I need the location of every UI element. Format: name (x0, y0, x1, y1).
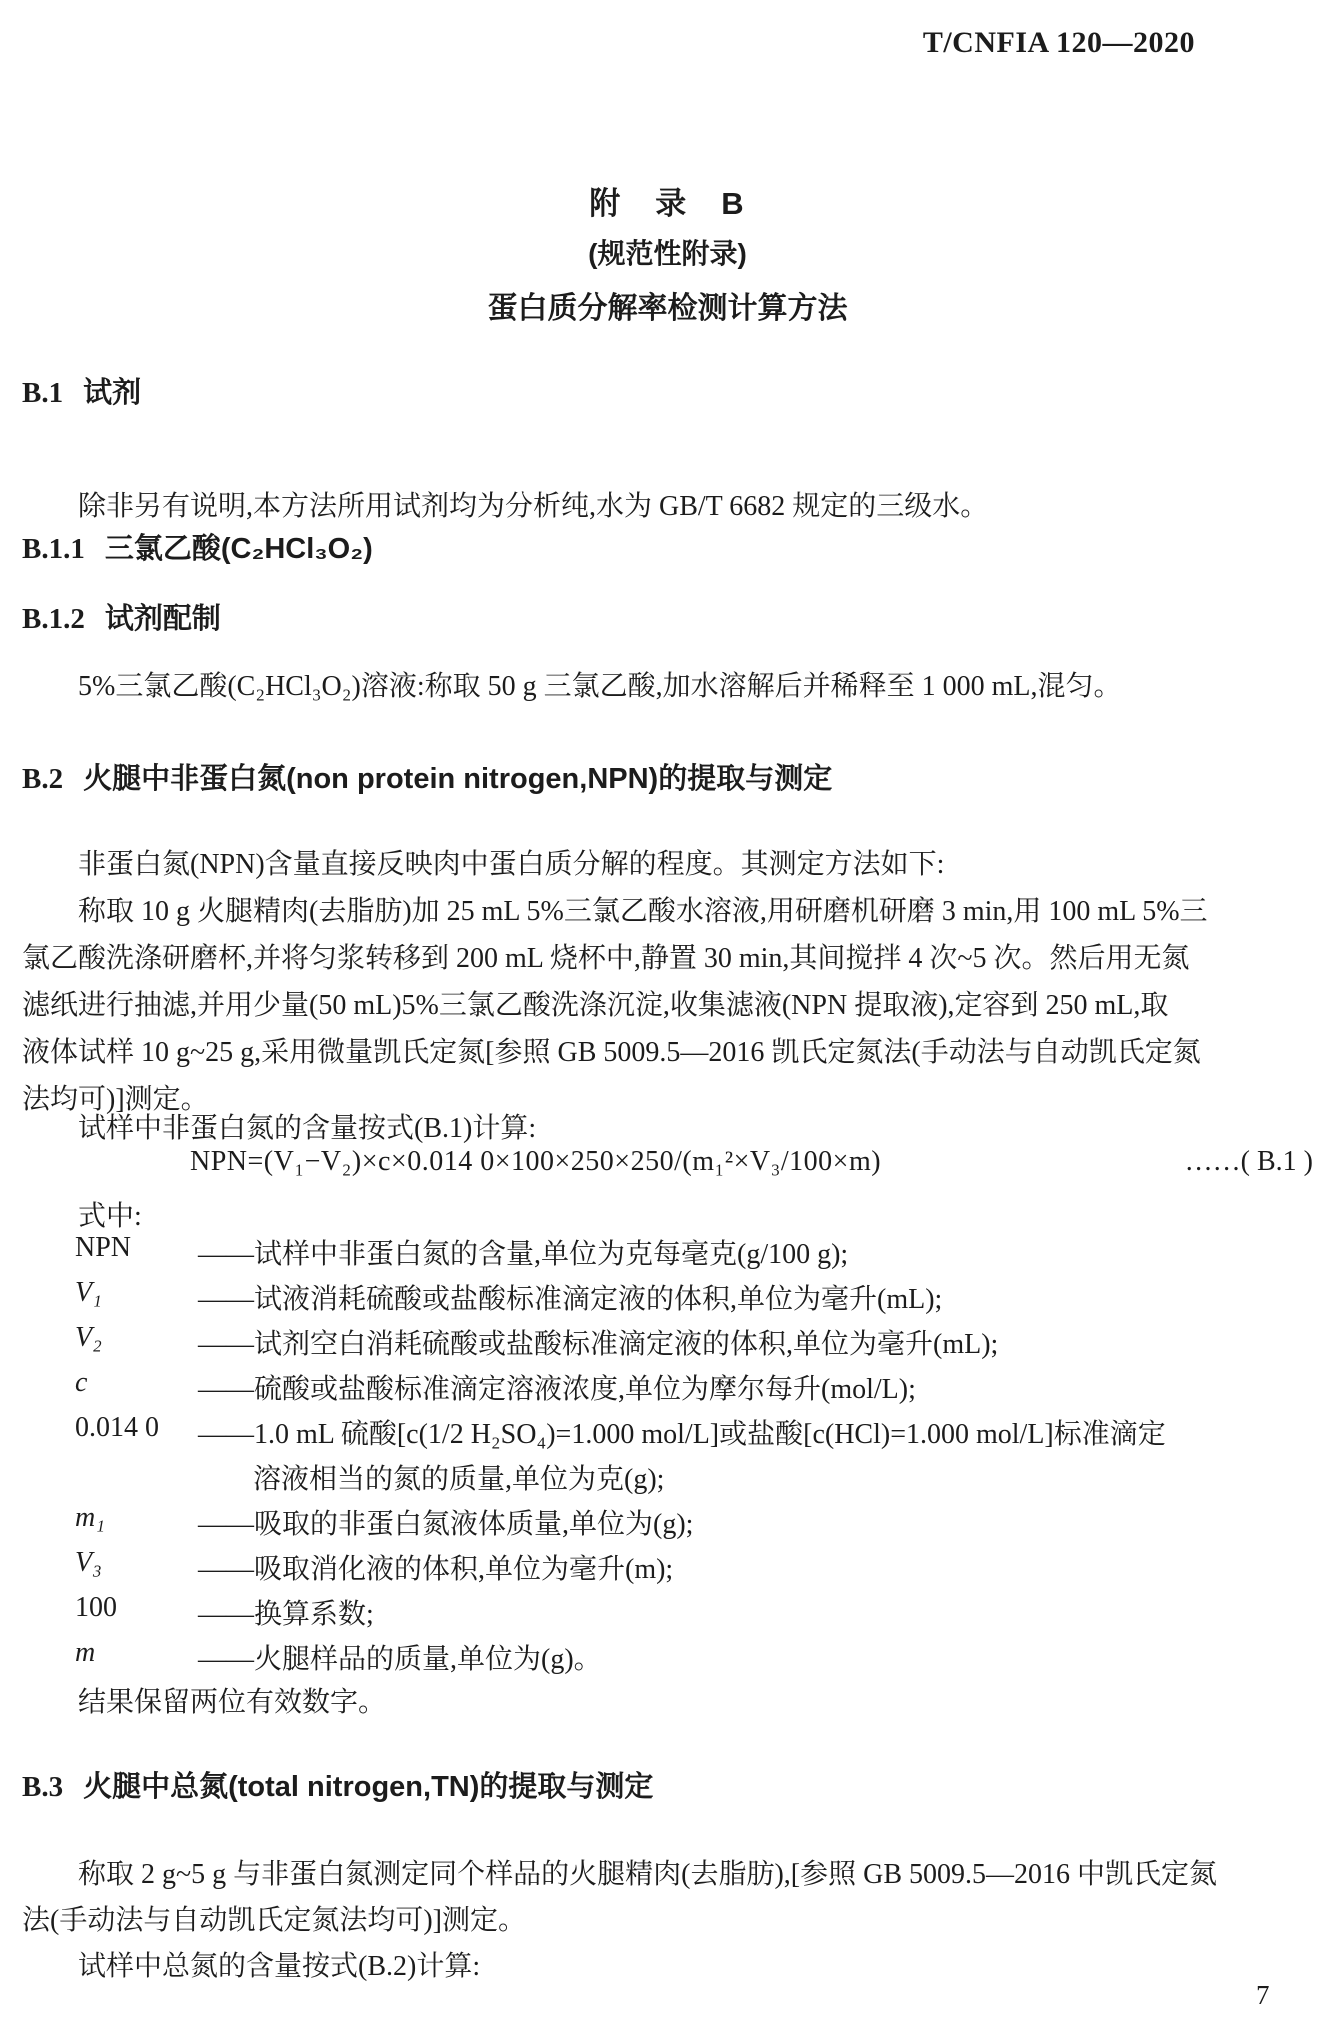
document-page: T/CNFIA 120—2020 附 录 B (规范性附录) 蛋白质分解率检测计… (0, 0, 1335, 2039)
definition-desc: ——换算系数; (198, 1592, 374, 1632)
definition-row: V₃ ——吸取消化液的体积,单位为毫升(m); (75, 1547, 673, 1587)
definition-term: m (75, 1637, 198, 1677)
heading-label: 试剂 (83, 377, 141, 409)
definition-term: 0.014 0 (75, 1412, 198, 1452)
definition-row: m ——火腿样品的质量,单位为(g)。 (75, 1637, 602, 1677)
definition-row: 100 ——换算系数; (75, 1592, 374, 1632)
heading-number: B.1.1 (22, 533, 85, 565)
heading-b11: B.1.1三氯乙酸(C₂HCl₃O₂) (22, 526, 373, 567)
para-line: 称取 10 g 火腿精肉(去脂肪)加 25 mL 5%三氯乙酸水溶液,用研磨机研… (22, 889, 1208, 929)
para-line: 液体试样 10 g~25 g,采用微量凯氏定氮[参照 GB 5009.5—201… (22, 1030, 1201, 1070)
appendix-title-block: 附 录 B (规范性附录) 蛋白质分解率检测计算方法 (22, 178, 1313, 327)
definition-term: c (75, 1367, 198, 1407)
definition-row: V₂ ——试剂空白消耗硫酸或盐酸标准滴定液的体积,单位为毫升(mL); (75, 1322, 998, 1362)
definition-desc: ——吸取消化液的体积,单位为毫升(m); (198, 1547, 673, 1587)
definition-desc: ——火腿样品的质量,单位为(g)。 (198, 1637, 602, 1677)
para-line: 法(手动法与自动凯氏定氮法均可)]测定。 (22, 1898, 526, 1938)
definition-desc: ——1.0 mL 硫酸[c(1/2 H₂SO₄)=1.000 mol/L]或盐酸… (198, 1412, 1166, 1452)
definition-desc: ——吸取的非蛋白氮液体质量,单位为(g); (198, 1502, 693, 1542)
para-line: 滤纸进行抽滤,并用少量(50 mL)5%三氯乙酸洗涤沉淀,收集滤液(NPN 提取… (22, 983, 1168, 1023)
appendix-name: 蛋白质分解率检测计算方法 (22, 283, 1313, 327)
heading-number: B.1.2 (22, 603, 85, 635)
appendix-type-label: (规范性附录) (22, 232, 1313, 272)
definition-term: V₂ (75, 1322, 198, 1362)
definition-term: 100 (75, 1592, 198, 1632)
definition-row: NPN ——试样中非蛋白氮的含量,单位为克每毫克(g/100 g); (75, 1232, 848, 1272)
formula-number: ……( B.1 ) (1185, 1146, 1313, 1178)
appendix-label: 附 录 B (22, 178, 1313, 223)
definition-row: V₁ ——试液消耗硫酸或盐酸标准滴定液的体积,单位为毫升(mL); (75, 1277, 942, 1317)
page-number: 7 (1256, 1980, 1270, 2011)
definition-continuation: 溶液相当的氮的质量,单位为克(g); (253, 1457, 664, 1497)
para-line: 氯乙酸洗涤研磨杯,并将匀浆转移到 200 mL 烧杯中,静置 30 min,其间… (22, 936, 1190, 976)
definition-row: m₁ ——吸取的非蛋白氮液体质量,单位为(g); (75, 1502, 693, 1542)
formula-b1: NPN=(V₁−V₂)×c×0.014 0×100×250×250/(m₁²×V… (22, 1146, 1313, 1178)
heading-b1: B.1试剂 (22, 370, 141, 411)
heading-number: B.2 (22, 763, 63, 795)
definition-term: NPN (75, 1232, 198, 1272)
para-line: 非蛋白氮(NPN)含量直接反映肉中蛋白质分解的程度。其测定方法如下: (22, 842, 944, 882)
heading-b12: B.1.2试剂配制 (22, 596, 221, 637)
definition-row: c ——硫酸或盐酸标准滴定溶液浓度,单位为摩尔每升(mol/L); (75, 1367, 916, 1407)
heading-b2: B.2火腿中非蛋白氮(non protein nitrogen,NPN)的提取与… (22, 756, 832, 797)
definition-desc: ——试液消耗硫酸或盐酸标准滴定液的体积,单位为毫升(mL); (198, 1277, 942, 1317)
definition-desc: ——试剂空白消耗硫酸或盐酸标准滴定液的体积,单位为毫升(mL); (198, 1322, 998, 1362)
heading-label: 火腿中总氮(total nitrogen,TN)的提取与测定 (83, 1771, 653, 1803)
heading-number: B.1 (22, 377, 63, 409)
header-doc-number: T/CNFIA 120—2020 (923, 26, 1195, 60)
heading-number: B.3 (22, 1771, 63, 1803)
definition-desc: ——试样中非蛋白氮的含量,单位为克每毫克(g/100 g); (198, 1232, 848, 1272)
heading-label: 火腿中非蛋白氮(non protein nitrogen,NPN)的提取与测定 (83, 763, 832, 795)
definition-term: m₁ (75, 1502, 198, 1542)
formula-expression: NPN=(V₁−V₂)×c×0.014 0×100×250×250/(m₁²×V… (190, 1146, 881, 1178)
definition-term: V₃ (75, 1547, 198, 1587)
para-b12: 5%三氯乙酸(C₂HCl₃O₂)溶液:称取 50 g 三氯乙酸,加水溶解后并稀释… (22, 664, 1122, 704)
para-line: 称取 2 g~5 g 与非蛋白氮测定同个样品的火腿精肉(去脂肪),[参照 GB … (22, 1852, 1217, 1892)
definition-row: 0.014 0 ——1.0 mL 硫酸[c(1/2 H₂SO₄)=1.000 m… (75, 1412, 1166, 1452)
result-note: 结果保留两位有效数字。 (22, 1680, 386, 1720)
formula-intro: 试样中非蛋白氮的含量按式(B.1)计算: (22, 1106, 536, 1146)
heading-b3: B.3火腿中总氮(total nitrogen,TN)的提取与测定 (22, 1764, 653, 1805)
definition-term: V₁ (75, 1277, 198, 1317)
para-line: 试样中总氮的含量按式(B.2)计算: (22, 1944, 480, 1984)
heading-label: 三氯乙酸(C₂HCl₃O₂) (105, 533, 373, 565)
para-b1: 除非另有说明,本方法所用试剂均为分析纯,水为 GB/T 6682 规定的三级水。 (22, 484, 988, 524)
where-label: 式中: (22, 1194, 142, 1234)
heading-label: 试剂配制 (105, 603, 221, 635)
definition-desc: ——硫酸或盐酸标准滴定溶液浓度,单位为摩尔每升(mol/L); (198, 1367, 916, 1407)
